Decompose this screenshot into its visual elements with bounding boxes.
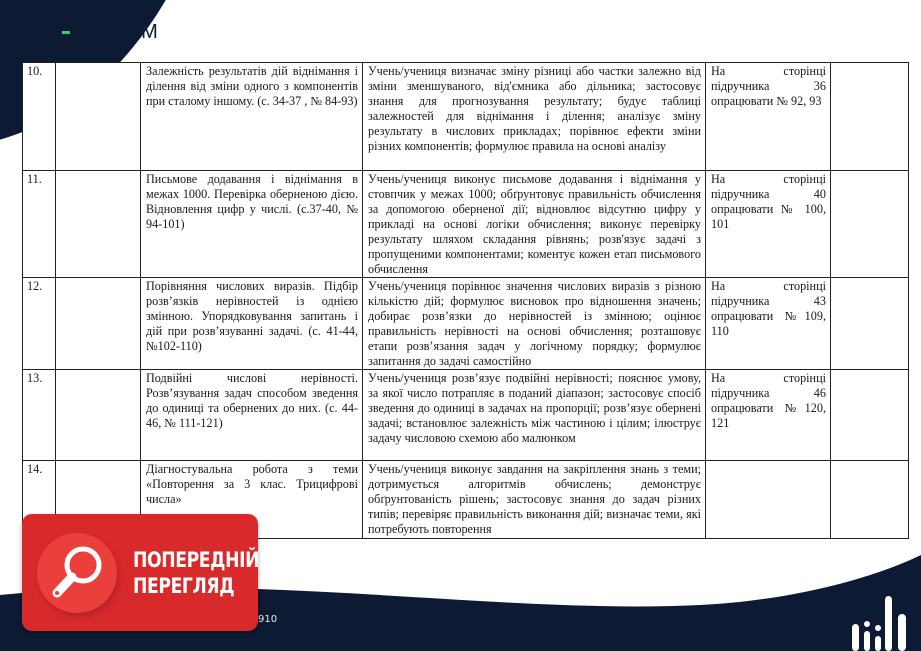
table-row: 12. Порівняння числових виразів. Підбір … — [23, 278, 909, 370]
graduation-cap-icon — [50, 23, 105, 53]
lesson-topic: Подвійні числові нерівності. Розв’язуван… — [141, 370, 363, 461]
lesson-number: 11. — [23, 171, 56, 278]
homework: На сторінці підручника 43 опрацювати №10… — [706, 278, 831, 370]
notes — [831, 278, 909, 370]
brand-logo: ВСІМ pptx — [50, 22, 158, 54]
preview-badge[interactable]: ПОПЕРЕДНІЙ ПЕРЕГЛЯД — [22, 514, 258, 631]
homework — [706, 461, 831, 539]
learning-outcomes: Учень/учениця виконує завдання на закріп… — [363, 461, 706, 539]
logo-subtitle: pptx — [107, 43, 158, 54]
lesson-plan-table: 10. Залежність результатів дій відніманн… — [22, 62, 909, 539]
page-number: 910 — [258, 614, 277, 625]
lesson-date — [56, 171, 141, 278]
lesson-number: 10. — [23, 63, 56, 171]
table-row: 11. Письмове додавання і віднімання в ме… — [23, 171, 909, 278]
homework: На сторінці підручника 46 опрацювати №12… — [706, 370, 831, 461]
learning-outcomes: Учень/учениця розв’язує подвійні нерівно… — [363, 370, 706, 461]
homework: На сторінці підручника 36 опрацювати № 9… — [706, 63, 831, 171]
lesson-topic: Порівняння числових виразів. Підбір розв… — [141, 278, 363, 370]
magnifier-icon — [37, 533, 117, 613]
learning-outcomes: Учень/учениця порівнює значення числових… — [363, 278, 706, 370]
notes — [831, 171, 909, 278]
lesson-date — [56, 278, 141, 370]
lesson-date — [56, 63, 141, 171]
logo-title: ВСІМ — [107, 22, 158, 42]
preview-label-line2: ПЕРЕГЛЯД — [133, 573, 259, 599]
notes — [831, 63, 909, 171]
table-row: 13. Подвійні числові нерівності. Розв’яз… — [23, 370, 909, 461]
preview-label-line1: ПОПЕРЕДНІЙ — [133, 547, 259, 573]
brand-bars-icon — [852, 584, 912, 651]
learning-outcomes: Учень/учениця виконує письмове додавання… — [363, 171, 706, 278]
notes — [831, 370, 909, 461]
lesson-number: 12. — [23, 278, 56, 370]
homework: На сторінці підручника 40 опрацювати № 1… — [706, 171, 831, 278]
lesson-topic: Залежність результатів дій віднімання і … — [141, 63, 363, 171]
notes — [831, 461, 909, 539]
lesson-number: 13. — [23, 370, 56, 461]
lesson-topic: Письмове додавання і віднімання в межах … — [141, 171, 363, 278]
learning-outcomes: Учень/учениця визначає зміну різниці або… — [363, 63, 706, 171]
lesson-date — [56, 370, 141, 461]
table-row: 10. Залежність результатів дій відніманн… — [23, 63, 909, 171]
